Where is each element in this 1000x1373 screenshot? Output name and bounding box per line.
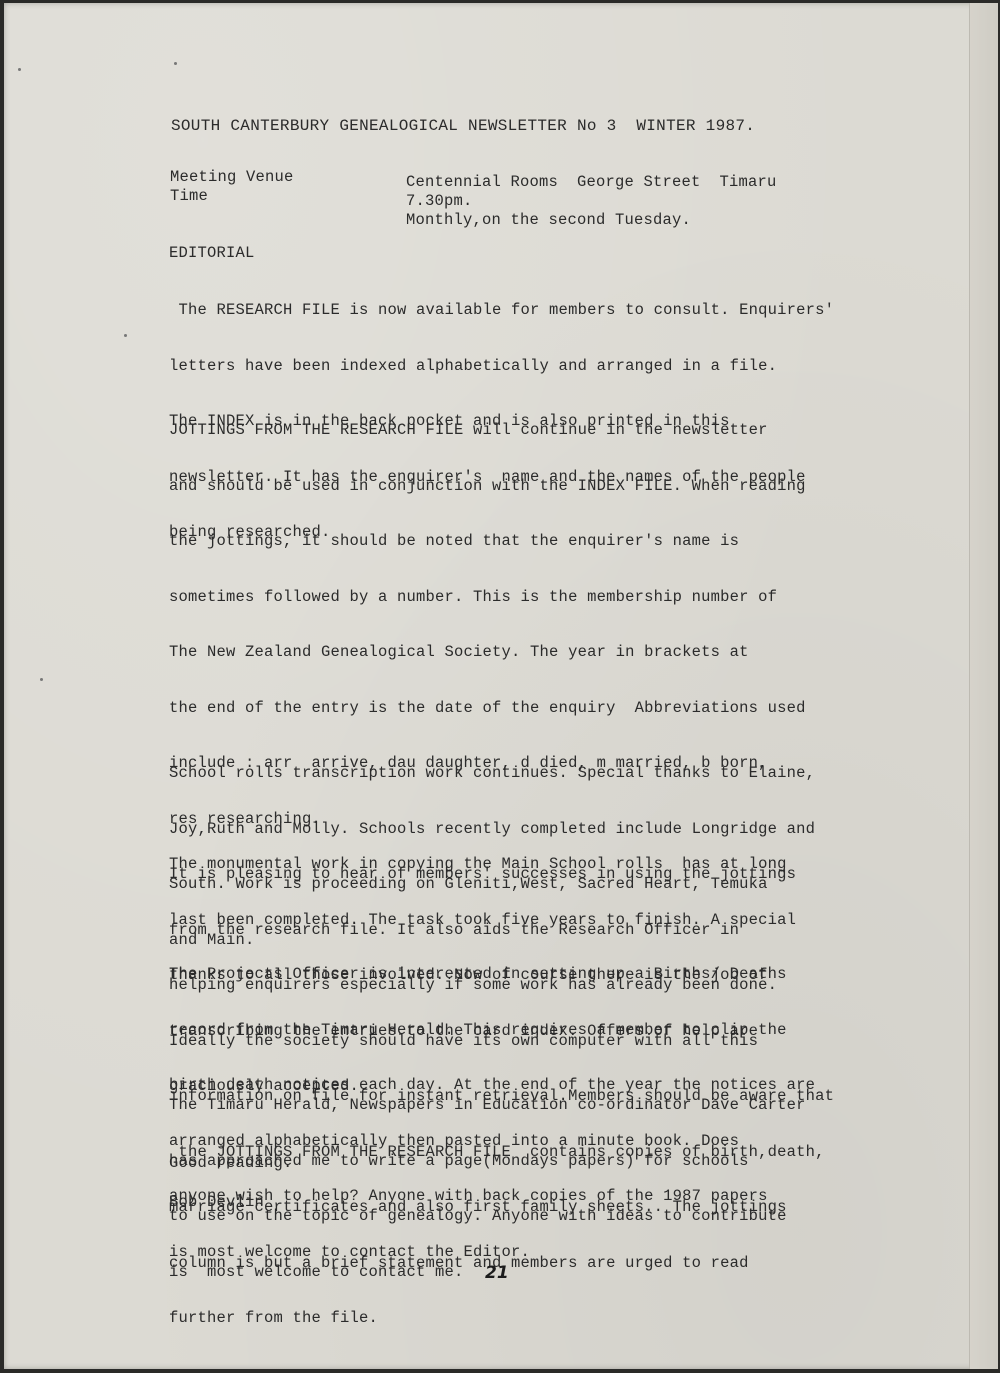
paper-speck bbox=[174, 62, 177, 65]
text-line: the jottings, it should be noted that th… bbox=[169, 532, 834, 551]
text-line: and should be used in conjunction with t… bbox=[169, 477, 834, 496]
paper-speck bbox=[124, 334, 127, 337]
text-line: record from the Timaru Herald. This requ… bbox=[169, 1021, 815, 1040]
venue-value: Centennial Rooms George Street Timaru bbox=[406, 173, 777, 192]
newsletter-page: SOUTH CANTERBURY GENEALOGICAL NEWSLETTER… bbox=[4, 3, 998, 1369]
newsletter-title: SOUTH CANTERBURY GENEALOGICAL NEWSLETTER… bbox=[171, 117, 755, 136]
page-number: 21 bbox=[485, 1263, 509, 1283]
page-edge bbox=[969, 3, 998, 1369]
signature: Bob Devlin bbox=[169, 1193, 264, 1212]
time-value: 7.30pm. bbox=[406, 192, 473, 211]
time-label: Time bbox=[170, 187, 208, 206]
text-line: The Projects Officer is interested in se… bbox=[169, 965, 815, 984]
paper-speck bbox=[40, 678, 43, 681]
text-line: the end of the entry is the date of the … bbox=[169, 699, 834, 718]
editorial-heading: EDITORIAL bbox=[169, 244, 255, 263]
text-line: letters have been indexed alphabetically… bbox=[169, 357, 834, 376]
venue-label: Meeting Venue bbox=[170, 168, 294, 187]
text-line: The Timaru Herald, Newspapers in Educati… bbox=[169, 1096, 806, 1115]
text-line: The monumental work in copying the Main … bbox=[169, 855, 796, 874]
text-line: sometimes followed by a number. This is … bbox=[169, 588, 834, 607]
meeting-schedule: Monthly,on the second Tuesday. bbox=[406, 211, 691, 230]
text-line: to use on the topic of genealogy. Anyone… bbox=[169, 1207, 806, 1226]
closing-line: Good reading. bbox=[169, 1154, 293, 1173]
text-line: The RESEARCH FILE is now available for m… bbox=[169, 301, 834, 320]
text-line: The New Zealand Genealogical Society. Th… bbox=[169, 643, 834, 662]
text-line: last been completed. The task took five … bbox=[169, 911, 796, 930]
text-line: School rolls transcription work continue… bbox=[169, 764, 815, 783]
text-line: JOTTINGS FROM THE RESEARCH FILE will con… bbox=[169, 421, 834, 440]
paper-speck bbox=[18, 68, 21, 71]
